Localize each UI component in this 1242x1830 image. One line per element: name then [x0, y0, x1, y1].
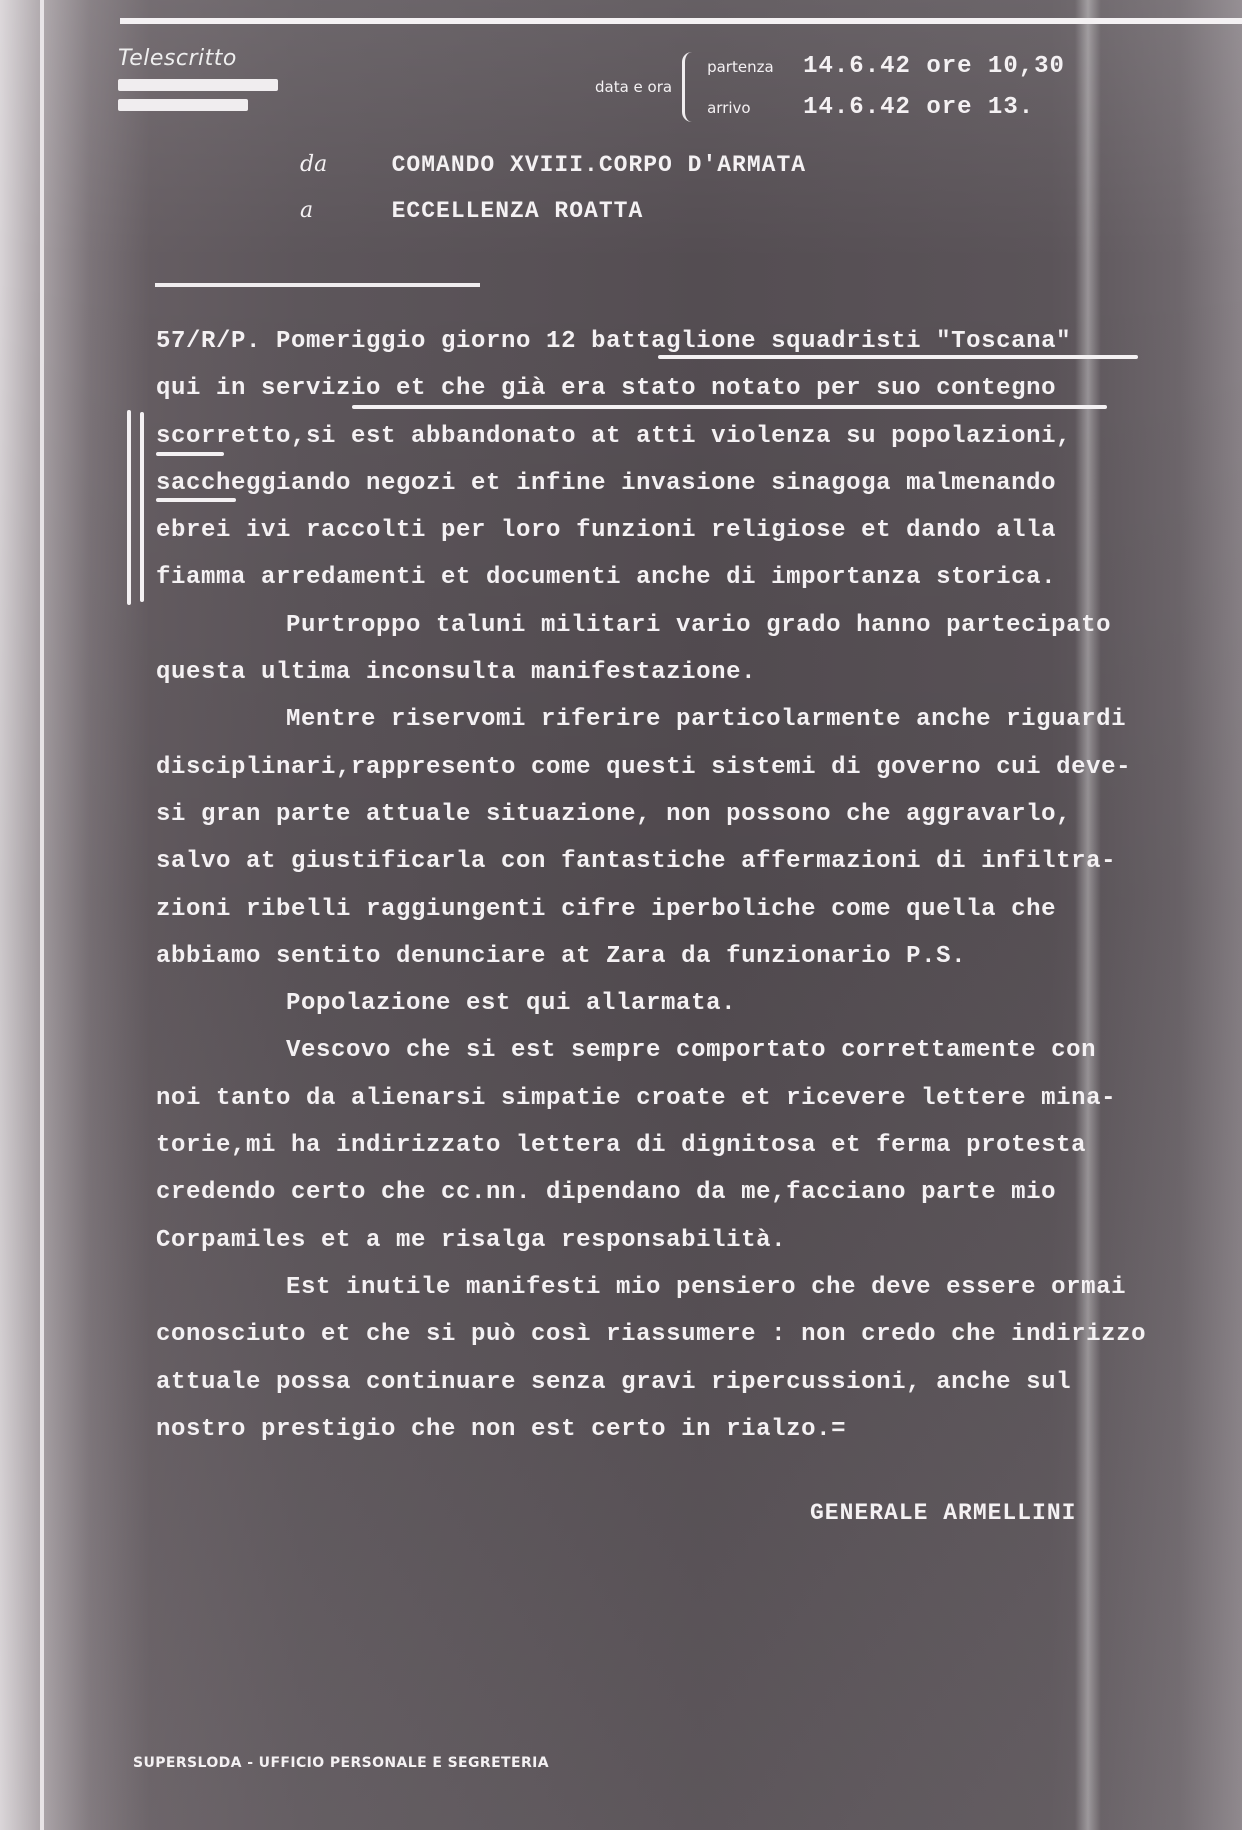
- body-line: conosciuto et che si può così riassumere…: [156, 1311, 1236, 1358]
- margin-mark: [140, 412, 144, 602]
- departure-value: 14.6.42 ore 10,30: [803, 53, 1065, 80]
- signature: GENERALE ARMELLINI: [810, 1500, 1076, 1526]
- page-edge-line: [40, 0, 44, 1830]
- arrival-row: arrivo 14.6.42 ore 13.: [707, 94, 1065, 121]
- body-line: Est inutile manifesti mio pensiero che d…: [156, 1264, 1236, 1311]
- body-line: salvo at giustificarla con fantastiche a…: [156, 838, 1236, 885]
- brace-icon: [682, 52, 699, 122]
- sender-label: da: [300, 152, 382, 177]
- body-line: abbiamo sentito denunciare at Zara da fu…: [156, 933, 1236, 980]
- body-line: qui in servizio et che già era stato not…: [156, 365, 1236, 412]
- body-line: si gran parte attuale situazione, non po…: [156, 791, 1236, 838]
- recipient-value: ECCELLENZA ROATTA: [392, 198, 644, 224]
- body-line: attuale possa continuare senza gravi rip…: [156, 1359, 1236, 1406]
- sender-line: da COMANDO XVIII.CORPO D'ARMATA: [300, 152, 806, 178]
- body-line: Popolazione est qui allarmata.: [156, 980, 1236, 1027]
- body-line: saccheggiando negozi et infine invasione…: [156, 460, 1236, 507]
- departure-label: partenza: [707, 58, 803, 76]
- sender-value: COMANDO XVIII.CORPO D'ARMATA: [392, 152, 806, 178]
- separator-rule: [155, 283, 480, 287]
- body-line: Purtroppo taluni militari vario grado ha…: [156, 602, 1236, 649]
- recipient-label: a: [300, 198, 382, 223]
- margin-mark: [127, 410, 131, 605]
- body-line: zioni ribelli raggiungenti cifre iperbol…: [156, 886, 1236, 933]
- date-time-block: data e ora partenza 14.6.42 ore 10,30 ar…: [595, 52, 1065, 122]
- body-line: Corpamiles et a me risalga responsabilit…: [156, 1217, 1236, 1264]
- letterhead: Telescritto: [118, 46, 278, 111]
- body-line: scorretto,si est abbandonato at atti vio…: [156, 413, 1236, 460]
- scanned-telegram-page: Telescritto data e ora partenza 14.6.42 …: [0, 0, 1242, 1830]
- body-line: disciplinari,rappresento come questi sis…: [156, 744, 1236, 791]
- date-time-label: data e ora: [595, 78, 672, 96]
- body-line: ebrei ivi raccolti per loro funzioni rel…: [156, 507, 1236, 554]
- redacted-bar: [118, 99, 248, 111]
- body-line: torie,mi ha indirizzato lettera di digni…: [156, 1122, 1236, 1169]
- body-line: questa ultima inconsulta manifestazione.: [156, 649, 1236, 696]
- arrival-value: 14.6.42 ore 13.: [803, 94, 1034, 121]
- body-line: Mentre riservomi riferire particolarment…: [156, 696, 1236, 743]
- body-line: credendo certo che cc.nn. dipendano da m…: [156, 1169, 1236, 1216]
- body-line: fiamma arredamenti et documenti anche di…: [156, 554, 1236, 601]
- top-rule: [120, 18, 1242, 24]
- arrival-label: arrivo: [707, 99, 803, 117]
- redacted-bar: [118, 79, 278, 91]
- body-line: Vescovo che si est sempre comportato cor…: [156, 1027, 1236, 1074]
- departure-row: partenza 14.6.42 ore 10,30: [707, 53, 1065, 80]
- recipient-line: a ECCELLENZA ROATTA: [300, 198, 643, 224]
- body-line: 57/R/P. Pomeriggio giorno 12 battaglione…: [156, 318, 1236, 365]
- letterhead-brand: Telescritto: [118, 46, 278, 71]
- body-line: nostro prestigio che non est certo in ri…: [156, 1406, 1236, 1453]
- message-body: 57/R/P. Pomeriggio giorno 12 battaglione…: [156, 318, 1236, 1453]
- body-line: noi tanto da alienarsi simpatie croate e…: [156, 1075, 1236, 1122]
- footer-office: SUPERSLODA - UFFICIO PERSONALE E SEGRETE…: [133, 1755, 549, 1771]
